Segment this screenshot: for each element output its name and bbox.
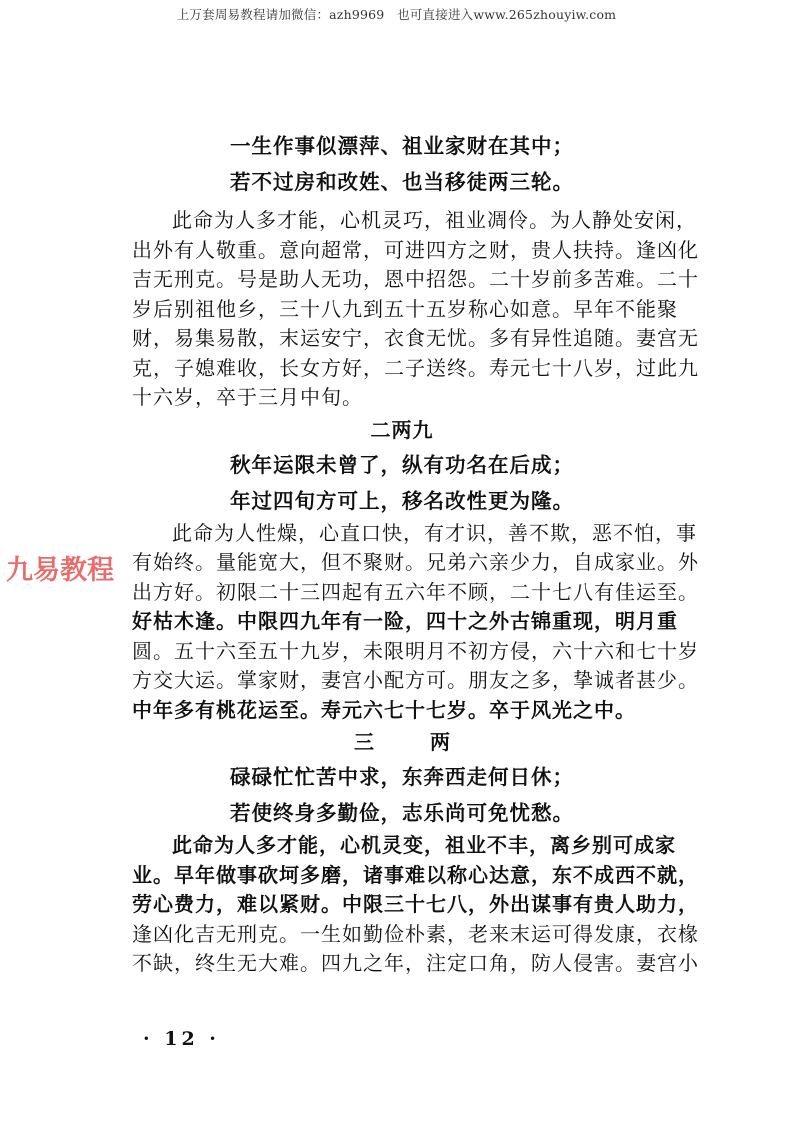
poem-line: 若不过房和改姓、也当移徒两三轮。 xyxy=(132,164,672,200)
paragraph-line: 出外有人敬重。意向超常，可进四方之财，贵人扶持。逢凶化 xyxy=(132,236,672,266)
paragraph-line: 克，子媳难收，长女方好，二子送终。寿元七十八岁，过此九 xyxy=(132,354,672,384)
page-number: · 12 · xyxy=(143,1028,220,1050)
poem-line: 一生作事似漂萍、祖业家财在其中； xyxy=(132,128,672,164)
section-2: 二两九 秋年运限未曾了，纵有功名在后成； 年过四旬方可上，移名改性更为隆。 此命… xyxy=(132,413,672,726)
paragraph-line: 劳心费力，难以紧财。中限三十七八，外出谋事有贵人助力， xyxy=(132,890,672,920)
poem-line: 秋年运限未曾了，纵有功名在后成； xyxy=(132,447,672,483)
header-watermark-note: 上万套周易教程请加微信：azh9969 也可直接进入www.265zhouyiw… xyxy=(0,5,793,23)
section-title: 二两九 xyxy=(132,413,672,447)
section-1: 一生作事似漂萍、祖业家财在其中； 若不过房和改姓、也当移徒两三轮。 此命为人多才… xyxy=(132,128,672,413)
paragraph-line: 不缺，终生无大难。四九之年，注定口角，防人侵害。妻宫小 xyxy=(132,949,672,979)
section-title: 三 两 xyxy=(132,725,672,759)
paragraph-line: 此命为人多才能，心机灵巧，祖业凋伶。为人静处安闲， xyxy=(132,206,672,236)
paragraph-line: 此命为人性燥，心直口快，有才识，善不欺，恶不怕，事 xyxy=(132,519,672,549)
paragraph-line: 出方好。初限二十三四起有五六年不顾，二十七八有佳运至。 xyxy=(132,578,672,608)
paragraph-line: 财，易集易散，末运安宁，衣食无忧。多有异性追随。妻宫无 xyxy=(132,324,672,354)
paragraph-line: 业。早年做事砍坷多磨，诸事难以称心达意，东不成西不就， xyxy=(132,861,672,891)
poem-line: 碌碌忙忙苦中求，东奔西走何日休； xyxy=(132,759,672,795)
page-content: 一生作事似漂萍、祖业家财在其中； 若不过房和改姓、也当移徒两三轮。 此命为人多才… xyxy=(132,128,672,979)
paragraph-line: 有始终。量能宽大，但不聚财。兄弟六亲少力，自成家业。外 xyxy=(132,548,672,578)
paragraph-line: 圆。五十六至五十九岁，未限明月不初方侵，六十六和七十岁 xyxy=(132,637,672,667)
section-3: 三 两 碌碌忙忙苦中求，东奔西走何日休； 若使终身多勤俭，志乐尚可免忧愁。 此命… xyxy=(132,725,672,979)
paragraph-line: 吉无刑克。号是助人无功，恩中招怨。二十岁前多苦难。二十 xyxy=(132,265,672,295)
paragraph-line: 方交大运。掌家财，妻宫小配方可。朋友之多，挚诚者甚少。 xyxy=(132,666,672,696)
paragraph-line: 此命为人多才能，心机灵变，祖业不丰，离乡别可成家 xyxy=(132,831,672,861)
paragraph-line: 岁后别祖他乡，三十八九到五十五岁称心如意。早年不能聚 xyxy=(132,295,672,325)
paragraph-line: 中年多有桃花运至。寿元六七十七岁。卒于风光之中。 xyxy=(132,696,672,726)
watermark-logo: 九易教程 xyxy=(6,548,114,587)
paragraph-line: 十六岁，卒于三月中旬。 xyxy=(132,383,672,413)
poem-line: 若使终身多勤俭，志乐尚可免忧愁。 xyxy=(132,795,672,831)
paragraph-line: 好枯木逢。中限四九年有一险，四十之外古锦重现，明月重 xyxy=(132,607,672,637)
poem-line: 年过四旬方可上，移名改性更为隆。 xyxy=(132,483,672,519)
paragraph-line: 逢凶化吉无刑克。一生如勤俭朴素，老来末运可得发康，衣椽 xyxy=(132,920,672,950)
